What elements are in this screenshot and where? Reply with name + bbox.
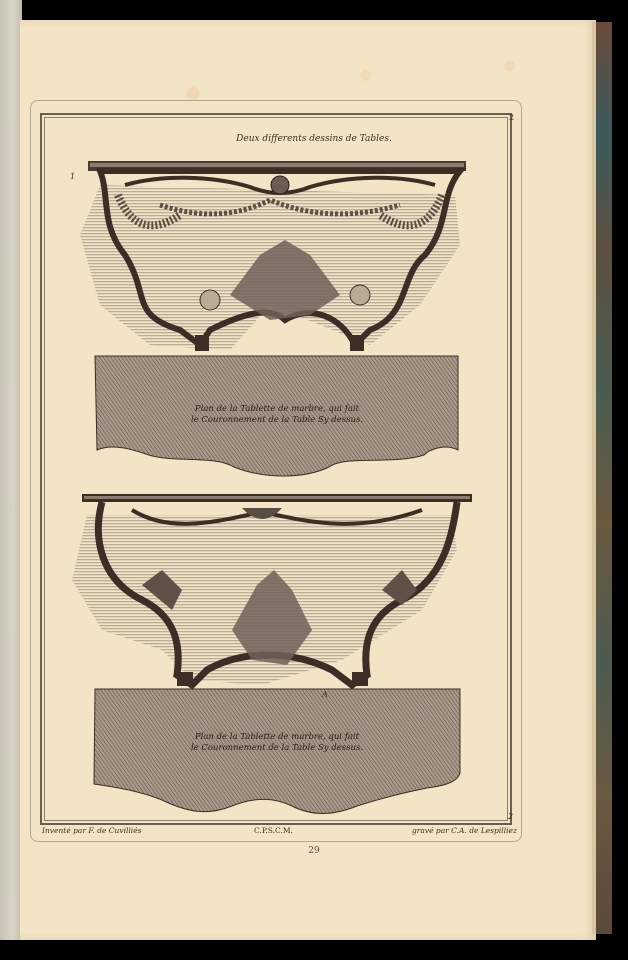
page-number: 29	[0, 846, 628, 856]
inventor-credit: Inventé par F. de Cuvilliés	[42, 826, 142, 835]
slab-1-caption-line-2: le Couronnement de la Table Sy dessus.	[94, 415, 460, 426]
slab-2-caption-line-2: le Couronnement de la Table Sy dessus.	[92, 743, 462, 754]
console-table-2-illustration	[62, 490, 482, 690]
marble-slab-plan-2: A Plan de la Tablette de marbre, qui fai…	[92, 688, 462, 816]
slab-2-caption-line-1: Plan de la Tablette de marbre, qui fait	[92, 732, 462, 743]
scan-background	[0, 940, 628, 960]
privilege-mark: C.P.S.C.M.	[254, 826, 293, 835]
slab-1-caption-line-1: Plan de la Tablette de marbre, qui fait	[94, 404, 460, 415]
console-table-1-illustration	[70, 155, 490, 355]
book-spine-marbled-edge	[596, 22, 612, 934]
marble-slab-plan-1: Plan de la Tablette de marbre, qui fait …	[94, 355, 460, 480]
plan-letter-a: A	[322, 690, 328, 699]
plate-number: 2	[509, 113, 514, 122]
figure-label-2: 2	[508, 812, 513, 821]
plate-title: Deux differents dessins de Tables.	[0, 134, 628, 144]
engraver-credit: gravé par C.A. de Lespilliez	[412, 826, 517, 835]
